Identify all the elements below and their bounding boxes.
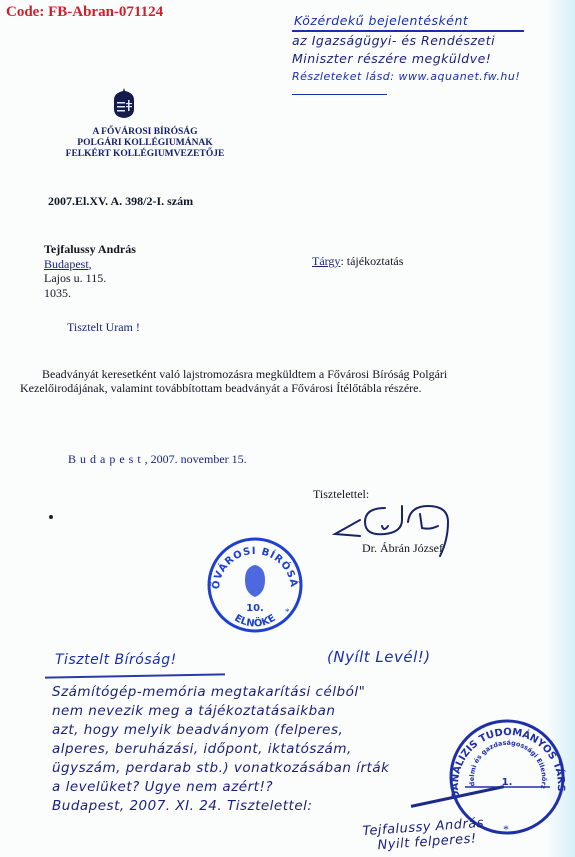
hw-line-3: azt, hogy melyik beadványom (felperes, — [52, 721, 389, 740]
letterhead-line-2: POLGÁRI KOLLÉGIUMÁNAK — [60, 138, 230, 149]
svg-text:*: * — [285, 607, 290, 617]
salutation: Tisztelt Uram ! — [67, 320, 140, 335]
top-handwritten-note: Közérdekű bejelentésként az Igazságügyi-… — [292, 12, 524, 95]
recipient-zip: 1035. — [44, 286, 136, 301]
title-underline — [45, 673, 225, 678]
open-letter-label: (Nyílt Levél!) — [327, 648, 431, 666]
ink-dot — [49, 515, 53, 519]
hw-line-5: ügyszám, perdarab stb.) vonatkozásában í… — [52, 759, 389, 778]
hw-line-1: Számítógép-memória megtakarítási célból" — [52, 683, 389, 702]
handwritten-signature: Tejfalussy András Nyilt felperes! — [362, 816, 485, 854]
top-note-line-4: Részleteket lásd: www.aquanet.fw.hu! — [292, 68, 524, 86]
hw-line-7: Budapest, 2007. XI. 24. Tisztelettel: — [52, 797, 389, 816]
dateline-city: Budapest — [68, 452, 145, 466]
body-line-2: Kezelőirodájának, valamint továbbítottam… — [20, 381, 560, 395]
stamp-court-number: 10. — [246, 603, 264, 614]
signer-name: Dr. Ábrán József — [362, 541, 443, 556]
dateline: Budapest, 2007. november 15. — [68, 452, 247, 467]
top-note-line-3: Miniszter részére megküldve! — [292, 50, 524, 68]
letterhead-line-3: FELKÉRT KOLLÉGIUMVEZETŐJE — [60, 149, 230, 160]
subject-label: Tárgy — [312, 254, 340, 268]
document-code: Code: FB-Abran-071124 — [6, 4, 163, 21]
letter-body: Beadványát keresetként való lajstromozás… — [20, 367, 560, 395]
court-stamp-icon: FŐVÁROSI BÍRÓSÁG 10. ELNÖKE * — [205, 535, 305, 635]
handwritten-title: Tisztelt Bíróság! — [55, 652, 177, 668]
top-note-line-1: Közérdekű bejelentésként — [292, 12, 524, 32]
top-note-underline — [292, 94, 387, 95]
recipient-city: Budapest, — [44, 257, 136, 272]
subject-line: Tárgy: tájékoztatás — [312, 254, 403, 269]
subject-value: : tájékoztatás — [340, 254, 403, 268]
recipient-name: Tejfalussy András — [44, 242, 136, 257]
letterhead: A FŐVÁROSI BÍRÓSÁG POLGÁRI KOLLÉGIUMÁNAK… — [60, 127, 230, 160]
body-line-1: Beadványát keresetként való lajstromozás… — [20, 367, 560, 381]
dateline-date: , 2007. november 15. — [145, 452, 247, 466]
recipient-street: Lajos u. 115. — [44, 271, 136, 286]
stamp-society-number: 1. — [502, 777, 513, 788]
hw-line-6: a levelüket? Ugye nem azért!? — [52, 778, 389, 797]
recipient-address: Tejfalussy András Budapest, Lajos u. 115… — [44, 242, 136, 300]
hw-line-2: nem nevezik meg a tájékoztatásaikban — [52, 702, 389, 721]
letterhead-line-1: A FŐVÁROSI BÍRÓSÁG — [60, 127, 230, 138]
svg-text:*: * — [503, 822, 509, 836]
handwritten-body: Számítógép-memória megtakarítási célból"… — [52, 683, 389, 816]
reference-number: 2007.El.XV. A. 398/2-I. szám — [48, 194, 193, 209]
coat-of-arms-icon — [112, 87, 136, 119]
hw-line-4: alperes, beruházási, időpont, iktatószám… — [52, 740, 389, 759]
top-note-line-2: az Igazságügyi- és Rendészeti — [292, 32, 524, 50]
